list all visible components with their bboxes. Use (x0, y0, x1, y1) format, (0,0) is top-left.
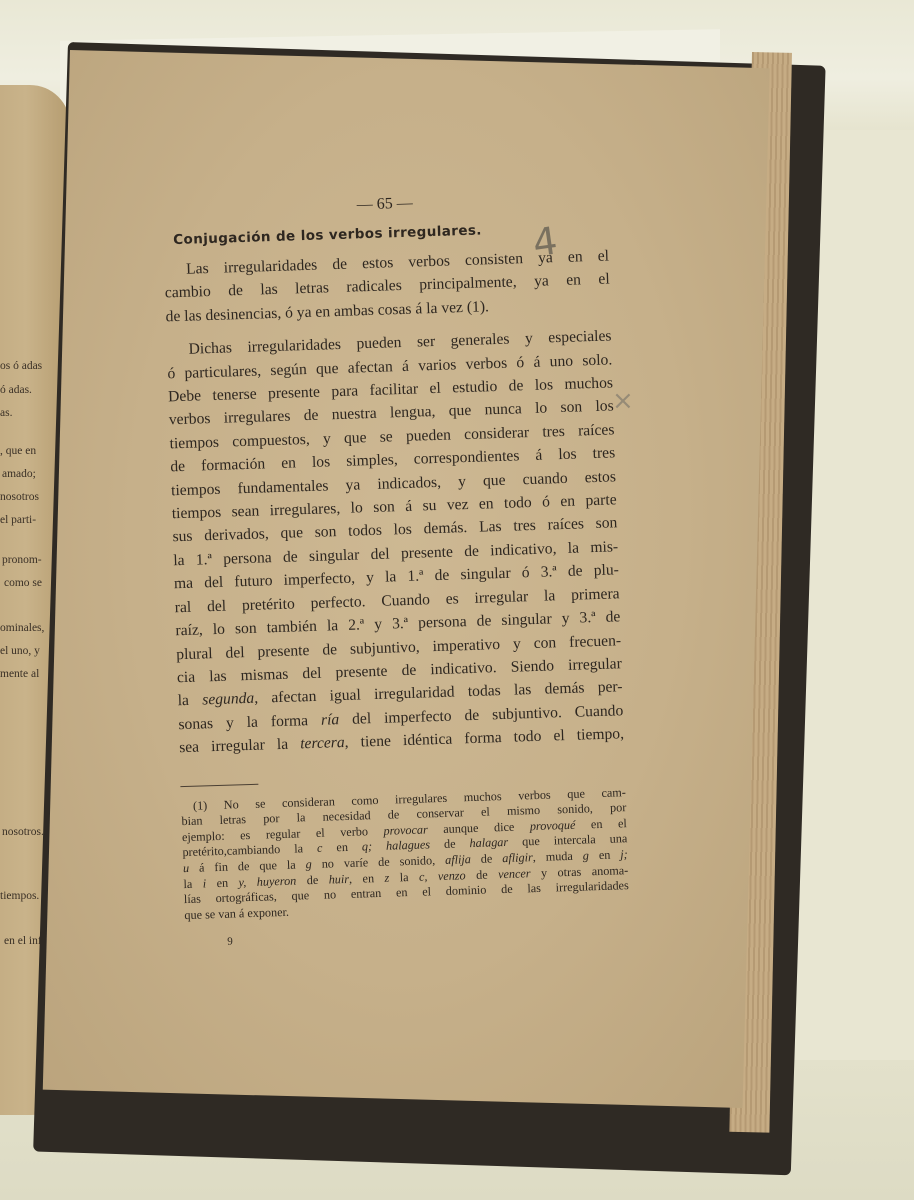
left-page-text-fragment: os ó adas (0, 360, 42, 372)
left-page-text-fragment: mente al (0, 668, 39, 680)
right-page: — 65 — Conjugación de los verbos irregul… (43, 50, 770, 1108)
left-page-text-fragment: el uno, y (0, 645, 40, 657)
left-page-text-fragment: amado; (2, 468, 36, 480)
left-page-text-fragment: ominales, (0, 622, 44, 634)
paragraph-2: Dichas irregularidades pueden ser genera… (166, 325, 624, 760)
handwritten-x-mark: × (612, 386, 634, 416)
left-page-text-fragment: ó adas. (0, 384, 32, 396)
left-page-text-fragment: como se (4, 577, 42, 589)
left-page-text-fragment: tiempos. (0, 890, 39, 902)
left-page-text-fragment: nosotros (0, 491, 39, 503)
page-text-block: — 65 — Conjugación de los verbos irregul… (162, 188, 630, 949)
left-page-text-fragment: el parti- (0, 514, 36, 526)
page-number: — 65 — (162, 188, 607, 220)
footnote-rule (180, 783, 258, 786)
signature-mark: 9 (227, 923, 630, 948)
footnote: (1) No se consideran como irregulares mu… (181, 785, 630, 924)
left-page-text-fragment: , que en (0, 445, 36, 457)
left-page-text-fragment: as. (0, 407, 12, 419)
left-page-text-fragment: pronom- (2, 554, 42, 566)
left-page-text-fragment: nosotros. (2, 826, 44, 838)
